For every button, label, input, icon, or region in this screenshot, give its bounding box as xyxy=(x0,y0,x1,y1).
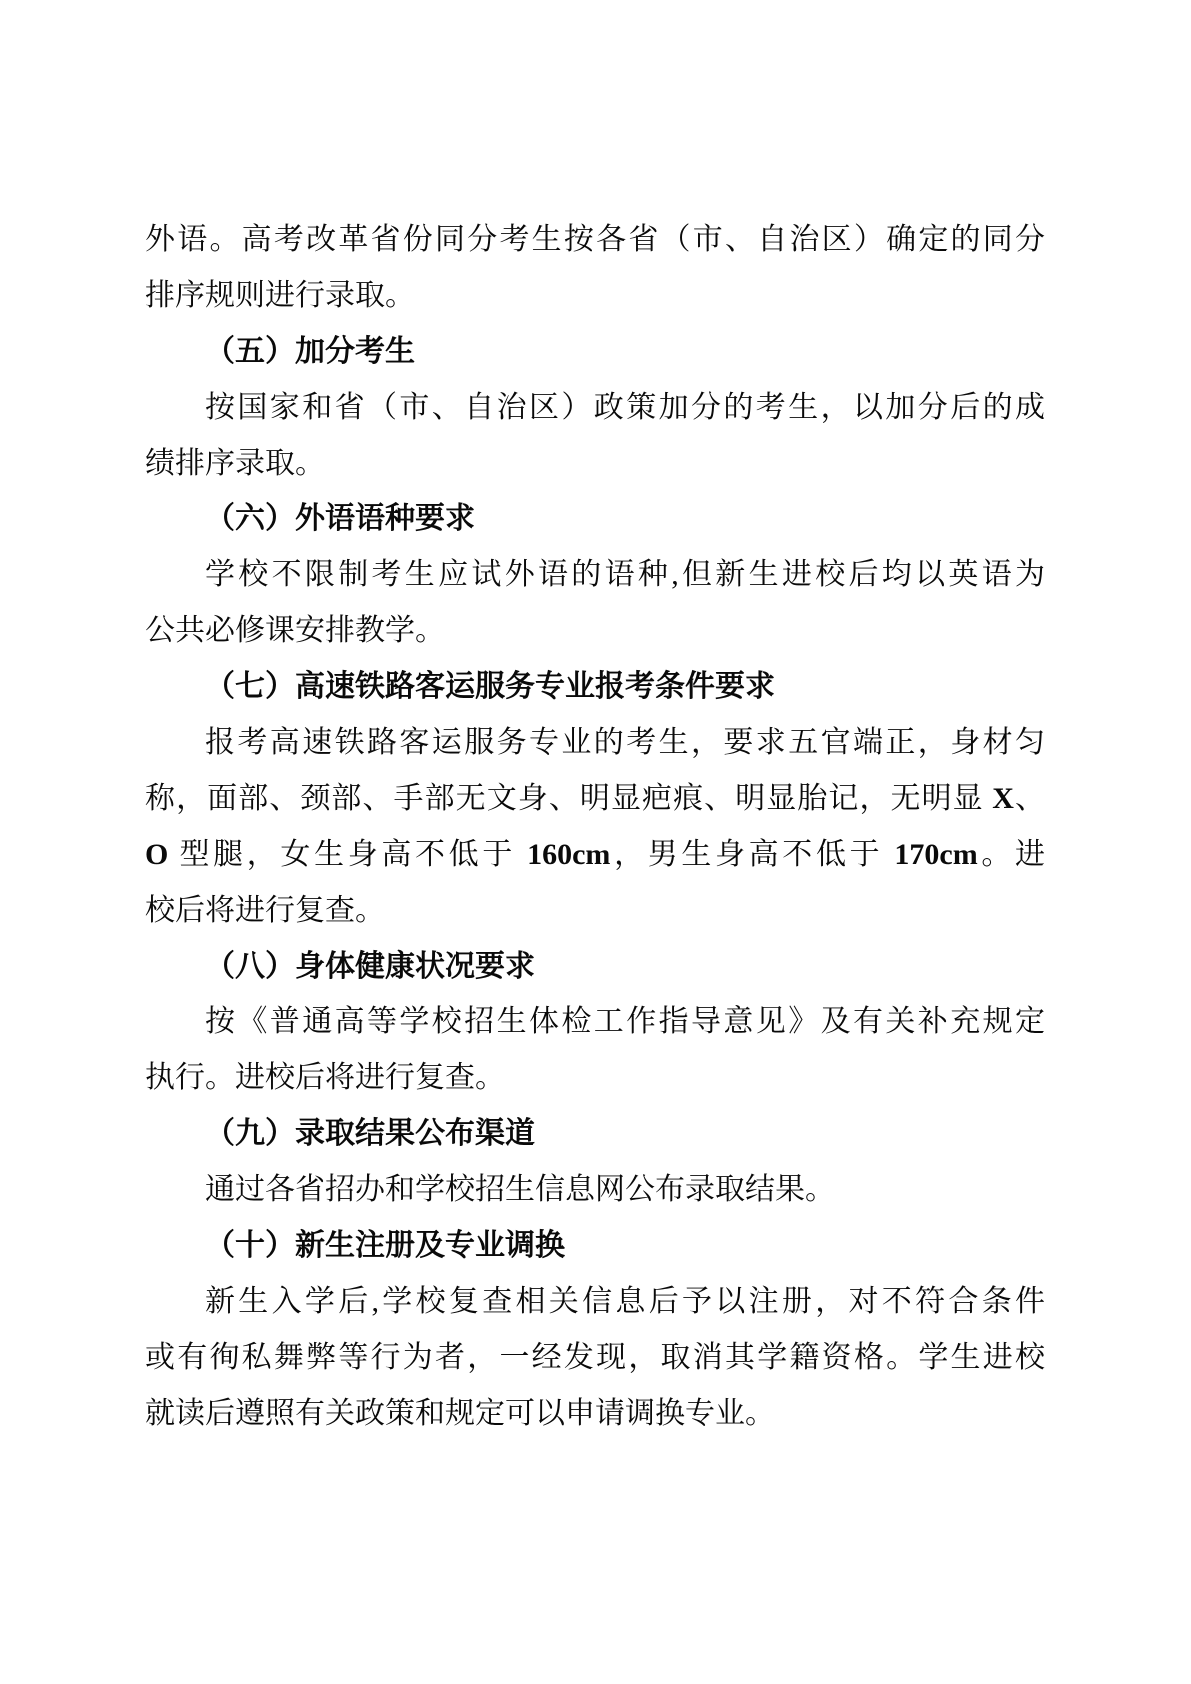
text-line: 按国家和省（市、自治区）政策加分的考生，以加分后的成 xyxy=(145,380,1045,436)
section-heading-9: （九）录取结果公布渠道 xyxy=(145,1106,1045,1162)
section-heading-6: （六）外语语种要求 xyxy=(145,491,1045,547)
document-page: 外语。高考改革省份同分考生按各省（市、自治区）确定的同分 排序规则进行录取。 （… xyxy=(0,0,1191,1684)
text-line: 排序规则进行录取。 xyxy=(145,268,1045,324)
document-body: 外语。高考改革省份同分考生按各省（市、自治区）确定的同分 排序规则进行录取。 （… xyxy=(145,212,1045,1442)
text-line: 报考高速铁路客运服务专业的考生，要求五官端正，身材匀 xyxy=(145,715,1045,771)
text-line: 新生入学后,学校复查相关信息后予以注册，对不符合条件 xyxy=(145,1274,1045,1330)
text-line: 通过各省招办和学校招生信息网公布录取结果。 xyxy=(145,1162,1045,1218)
section-heading-7: （七）高速铁路客运服务专业报考条件要求 xyxy=(145,659,1045,715)
text-line: 外语。高考改革省份同分考生按各省（市、自治区）确定的同分 xyxy=(145,212,1045,268)
text-line: 绩排序录取。 xyxy=(145,436,1045,492)
text-line: 校后将进行复查。 xyxy=(145,883,1045,939)
text-line: 按《普通高等学校招生体检工作指导意见》及有关补充规定 xyxy=(145,994,1045,1050)
section-heading-10: （十）新生注册及专业调换 xyxy=(145,1218,1045,1274)
text-line: 学校不限制考生应试外语的语种,但新生进校后均以英语为 xyxy=(145,547,1045,603)
text-line: 公共必修课安排教学。 xyxy=(145,603,1045,659)
section-heading-5: （五）加分考生 xyxy=(145,324,1045,380)
text-line: 就读后遵照有关政策和规定可以申请调换专业。 xyxy=(145,1386,1045,1442)
text-line: O 型腿，女生身高不低于 160cm，男生身高不低于 170cm。进 xyxy=(145,827,1045,883)
text-line: 执行。进校后将进行复查。 xyxy=(145,1050,1045,1106)
text-line: 或有徇私舞弊等行为者，一经发现，取消其学籍资格。学生进校 xyxy=(145,1330,1045,1386)
section-heading-8: （八）身体健康状况要求 xyxy=(145,939,1045,995)
text-line: 称，面部、颈部、手部无文身、明显疤痕、明显胎记，无明显 X、 xyxy=(145,771,1045,827)
